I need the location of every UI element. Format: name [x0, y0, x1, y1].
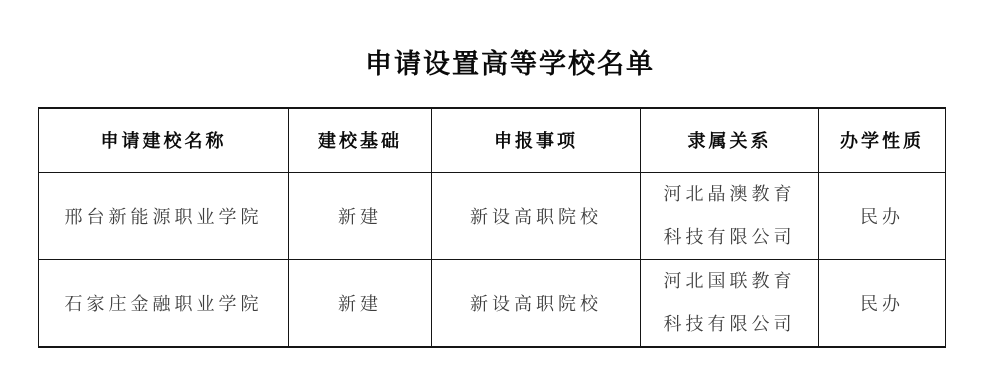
schools-table: 申请建校名称 建校基础 申报事项 隶属关系 办学性质 邢台新能源职业学院 新建 … [38, 107, 946, 348]
column-header-foundation: 建校基础 [289, 108, 432, 172]
column-header-school-name: 申请建校名称 [39, 108, 289, 172]
column-header-application-item: 申报事项 [432, 108, 641, 172]
table-header-row: 申请建校名称 建校基础 申报事项 隶属关系 办学性质 [39, 108, 946, 172]
cell-foundation: 新建 [289, 259, 432, 347]
cell-foundation: 新建 [289, 172, 432, 259]
cell-application-item: 新设高职院校 [432, 259, 641, 347]
cell-school-name: 石家庄金融职业学院 [39, 259, 289, 347]
cell-school-name: 邢台新能源职业学院 [39, 172, 289, 259]
cell-nature: 民办 [819, 172, 946, 259]
column-header-nature: 办学性质 [819, 108, 946, 172]
cell-application-item: 新设高职院校 [432, 172, 641, 259]
cell-nature: 民办 [819, 259, 946, 347]
column-header-affiliation: 隶属关系 [641, 108, 819, 172]
page-title: 申请设置高等学校名单 [18, 42, 984, 81]
affiliation-line-1: 河北国联教育 [641, 260, 818, 303]
table-row: 石家庄金融职业学院 新建 新设高职院校 河北国联教育 科技有限公司 民办 [39, 259, 946, 347]
affiliation-line-1: 河北晶澳教育 [641, 173, 818, 216]
cell-affiliation: 河北晶澳教育 科技有限公司 [641, 172, 819, 259]
affiliation-line-2: 科技有限公司 [641, 216, 818, 259]
table-row: 邢台新能源职业学院 新建 新设高职院校 河北晶澳教育 科技有限公司 民办 [39, 172, 946, 259]
cell-affiliation: 河北国联教育 科技有限公司 [641, 259, 819, 347]
document-page: 申请设置高等学校名单 申请建校名称 建校基础 申报事项 隶属关系 办学性质 邢台… [0, 0, 984, 385]
affiliation-line-2: 科技有限公司 [641, 303, 818, 346]
